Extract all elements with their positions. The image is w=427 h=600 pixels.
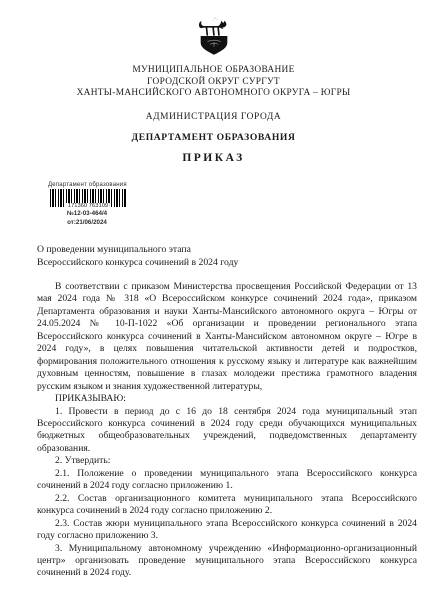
document-header: МУНИЦИПАЛЬНОЕ ОБРАЗОВАНИЕ ГОРОДСКОЙ ОКРУ…	[0, 0, 427, 164]
subject-line-2: Всероссийского конкурса сочинений в 2024…	[37, 256, 337, 269]
administration-line: АДМИНИСТРАЦИЯ ГОРОДА	[0, 112, 427, 122]
municipality-name: МУНИЦИПАЛЬНОЕ ОБРАЗОВАНИЕ ГОРОДСКОЙ ОКРУ…	[0, 65, 427, 100]
municipality-line-2: ГОРОДСКОЙ ОКРУГ СУРГУТ	[0, 77, 427, 89]
directive-word: ПРИКАЗЫВАЮ:	[37, 393, 417, 405]
registration-stamp: Департамент образования 171360 763109 №1…	[47, 182, 143, 226]
order-item-2-2: 2.2. Состав организационного комитета му…	[37, 493, 417, 518]
barcode-digits: 171360 763109	[66, 203, 110, 209]
order-item-2-1: 2.1. Положение о проведении муниципально…	[37, 468, 417, 493]
order-subject: О проведении муниципального этапа Всерос…	[37, 243, 337, 269]
order-item-2-3: 2.3. Состав жюри муниципального этапа Вс…	[37, 518, 417, 543]
barcode: 171360 763109	[50, 189, 126, 207]
order-item-3: 3. Муниципальному автономному учреждению…	[37, 543, 417, 580]
preamble-paragraph: В соответствии с приказом Министерства п…	[37, 281, 417, 393]
municipality-line-3: ХАНТЫ-МАНСИЙСКОГО АВТОНОМНОГО ОКРУГА – Ю…	[0, 88, 427, 100]
stamp-registration-date: от:21/06/2024	[47, 219, 127, 226]
order-document-page: МУНИЦИПАЛЬНОЕ ОБРАЗОВАНИЕ ГОРОДСКОЙ ОКРУ…	[0, 0, 427, 600]
stamp-department-label: Департамент образования	[48, 182, 143, 188]
municipality-line-1: МУНИЦИПАЛЬНОЕ ОБРАЗОВАНИЕ	[0, 65, 427, 77]
surgut-coat-of-arms-icon	[195, 16, 233, 56]
document-type-title: ПРИКАЗ	[0, 152, 427, 164]
order-item-2: 2. Утвердить:	[37, 455, 417, 467]
department-line: ДЕПАРТАМЕНТ ОБРАЗОВАНИЯ	[0, 132, 427, 143]
order-body: В соответствии с приказом Министерства п…	[37, 281, 417, 580]
order-item-1: 1. Провести в период до с 16 до 18 сентя…	[37, 406, 417, 456]
subject-line-1: О проведении муниципального этапа	[37, 243, 337, 256]
stamp-registration-number: №12-03-464/4	[47, 210, 127, 217]
